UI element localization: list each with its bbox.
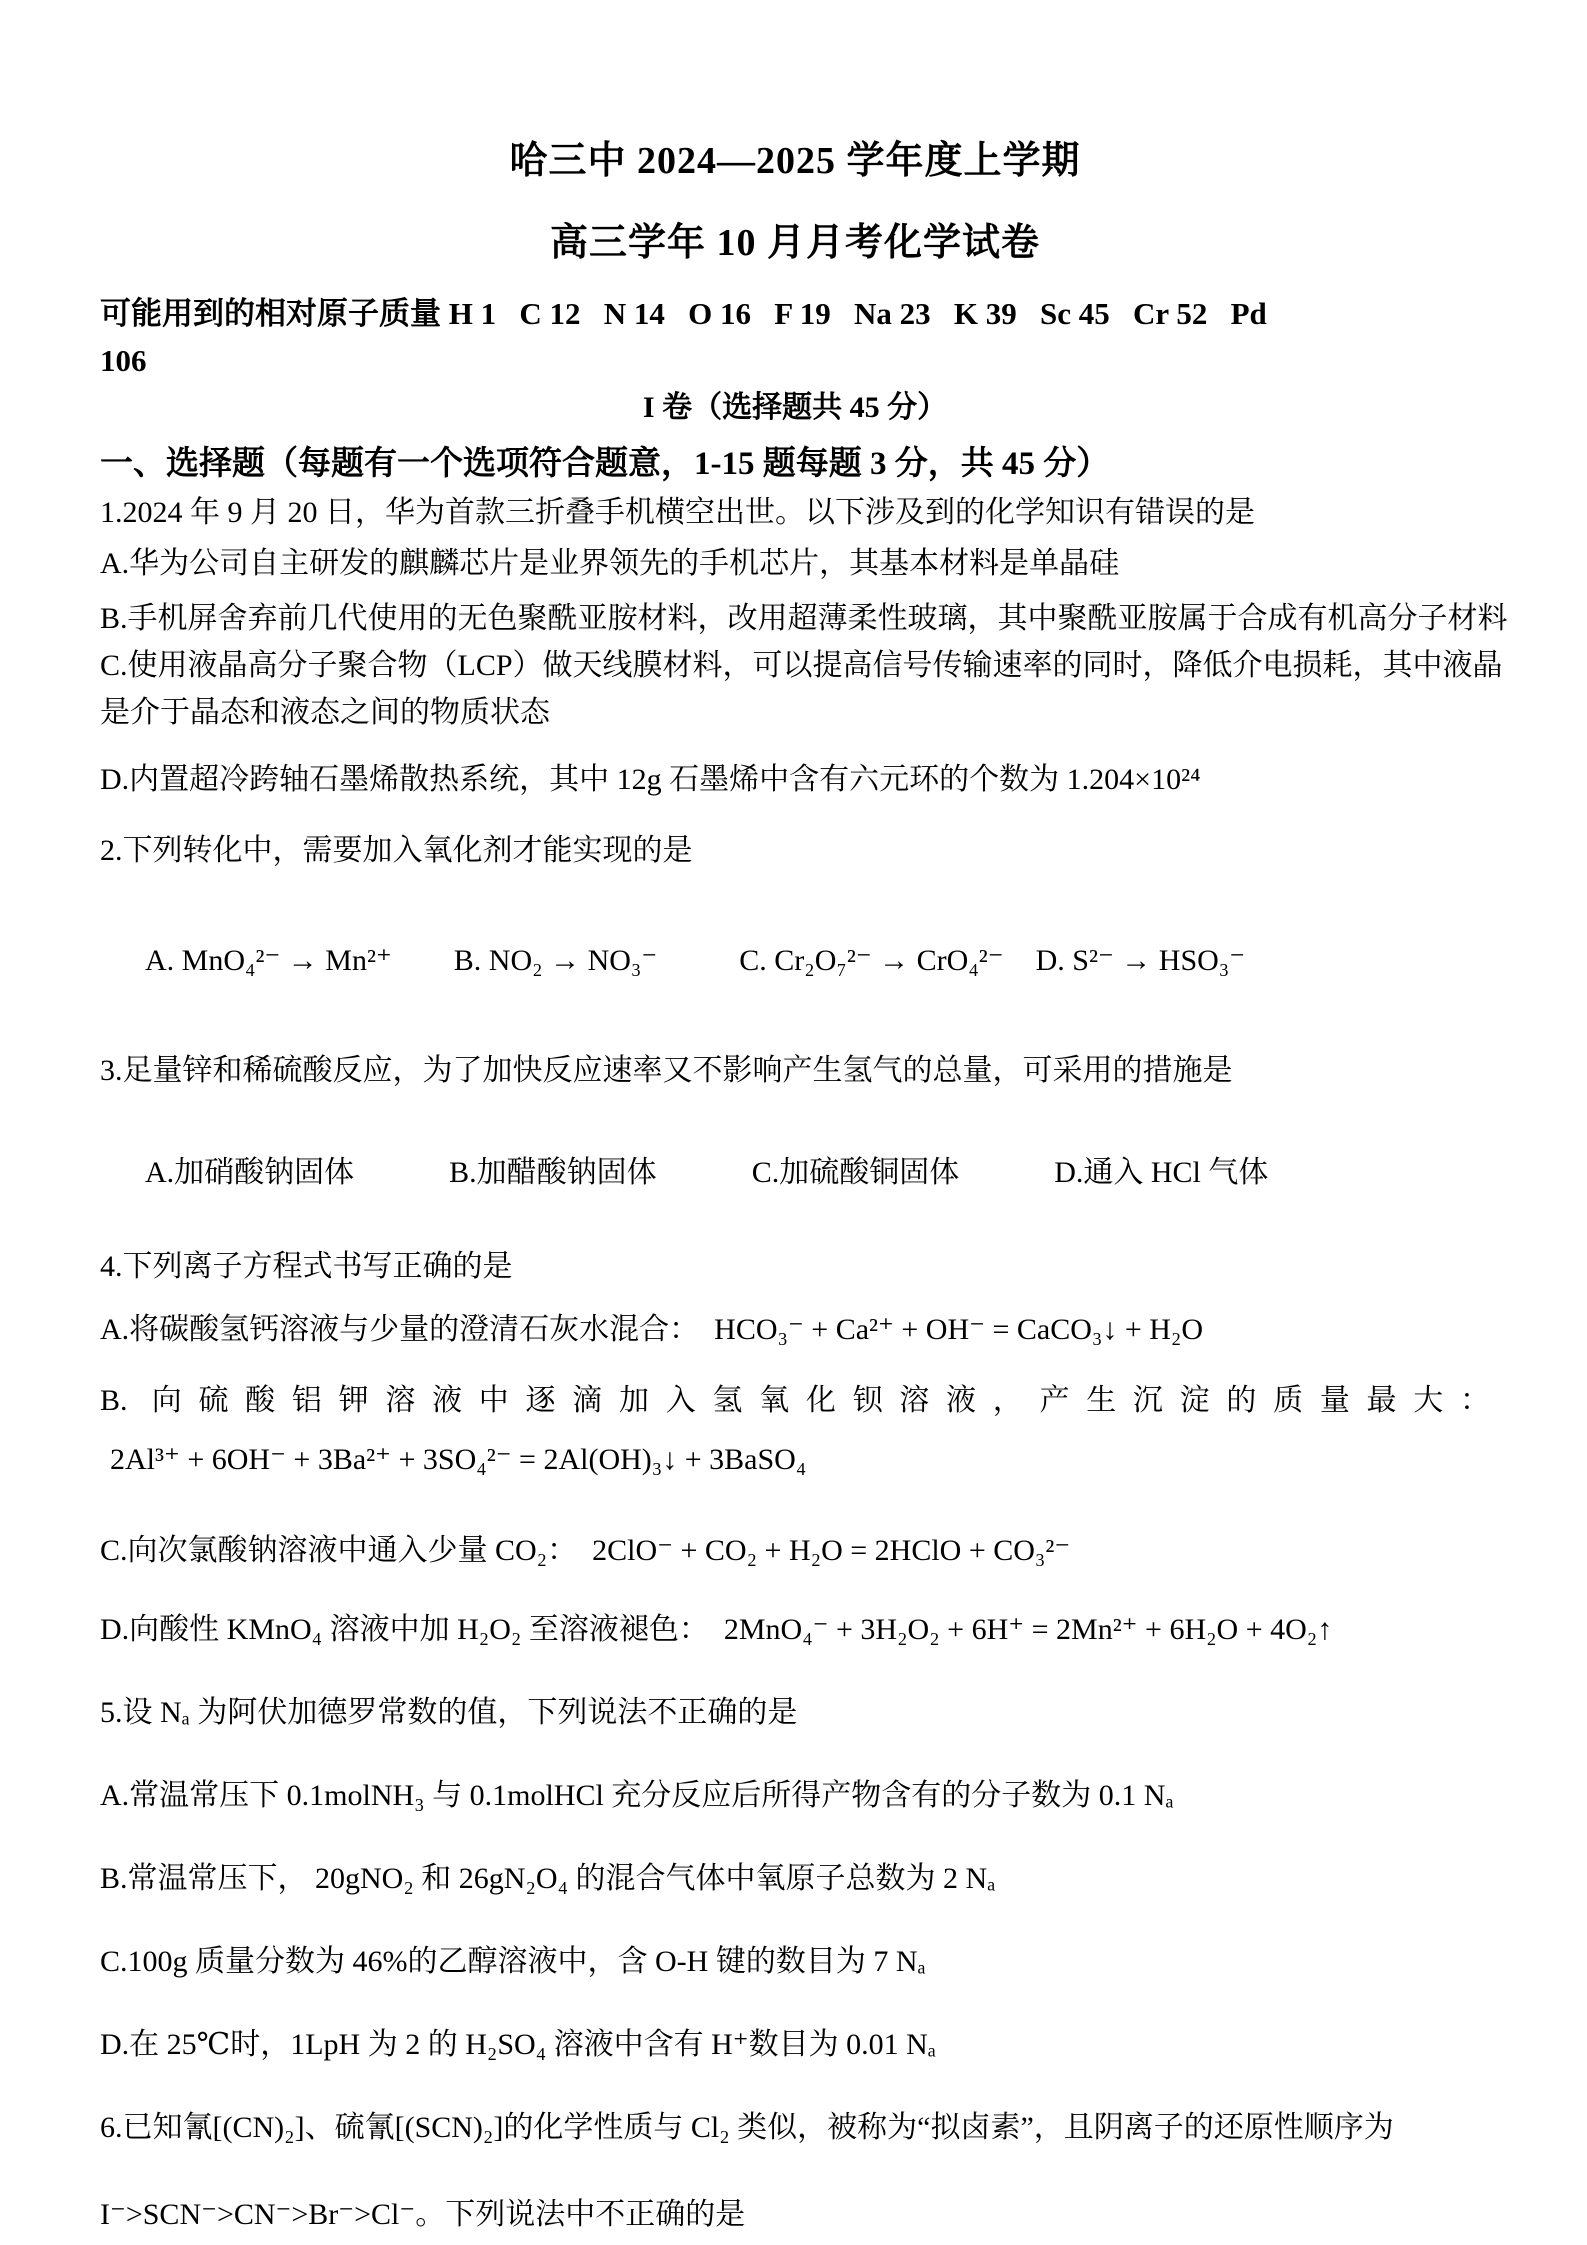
q5-option-b: B.常温常压下， 20gNO₂ 和 26gN₂O₄ 的混合气体中氧原子总数为 2… bbox=[100, 1855, 1490, 1902]
q3-option-c: C.加硫酸铜固体 bbox=[752, 1149, 960, 1196]
q6-stem-line1: 6.已知氰[(CN)₂]、硫氰[(SCN)₂]的化学性质与 Cl₂ 类似，被称为… bbox=[100, 2104, 1490, 2151]
q3-option-d: D.通入 HCl 气体 bbox=[1054, 1149, 1268, 1196]
exam-page: 哈三中 2024—2025 学年度上学期 高三学年 10 月月考化学试卷 可能用… bbox=[0, 0, 1587, 2245]
q1-option-c-line2: 是介于晶态和液态之间的物质状态 bbox=[100, 689, 1490, 736]
q1-option-b: B.手机屏舍弃前几代使用的无色聚酰亚胺材料，改用超薄柔性玻璃，其中聚酰亚胺属于合… bbox=[100, 595, 1490, 642]
section-1-header: 一、选择题（每题有一个选项符合题意，1-15 题每题 3 分，共 45 分） bbox=[100, 439, 1490, 489]
q2-option-c: C. Cr₂O₇²⁻ → CrO₄²⁻ bbox=[739, 937, 1003, 984]
q2-option-a: A. MnO₄²⁻ → Mn²⁺ bbox=[145, 937, 392, 984]
atomic-masses-line1: 可能用到的相对原子质量 H 1 C 12 N 14 O 16 F 19 Na 2… bbox=[100, 290, 1490, 337]
q1-option-d: D.内置超冷跨轴石墨烯散热系统，其中 12g 石墨烯中含有六元环的个数为 1.2… bbox=[100, 756, 1490, 803]
exam-title-line2: 高三学年 10 月月考化学试卷 bbox=[100, 216, 1490, 270]
q5-option-d: D.在 25℃时，1LpH 为 2 的 H₂SO₄ 溶液中含有 H⁺数目为 0.… bbox=[100, 2021, 1490, 2068]
atomic-masses-line2: 106 bbox=[100, 337, 1490, 384]
q4-option-b-equation: 2Al³⁺ + 6OH⁻ + 3Ba²⁺ + 3SO₄²⁻ = 2Al(OH)₃… bbox=[100, 1436, 1490, 1483]
q2-option-d: D. S²⁻ → HSO₃⁻ bbox=[1036, 937, 1246, 984]
exam-title-line1: 哈三中 2024—2025 学年度上学期 bbox=[100, 134, 1490, 188]
q5-option-c: C.100g 质量分数为 46%的乙醇溶液中，含 O-H 键的数目为 7 Nₐ bbox=[100, 1938, 1490, 1985]
part-i-header: I 卷（选择题共 45 分） bbox=[100, 384, 1490, 431]
question-4: 4.下列离子方程式书写正确的是 A.将碳酸氢钙溶液与少量的澄清石灰水混合： HC… bbox=[100, 1243, 1490, 1653]
question-3: 3.足量锌和稀硫酸反应，为了加快反应速率又不影响产生氢气的总量，可采用的措施是 … bbox=[100, 1047, 1490, 1243]
q2-stem: 2.下列转化中，需要加入氧化剂才能实现的是 bbox=[100, 827, 1490, 874]
q2-options-row: A. MnO₄²⁻ → Mn²⁺B. NO₂ → NO₃⁻C. Cr₂O₇²⁻ … bbox=[100, 890, 1490, 1031]
q3-option-b: B.加醋酸钠固体 bbox=[449, 1149, 657, 1196]
question-6: 6.已知氰[(CN)₂]、硫氰[(SCN)₂]的化学性质与 Cl₂ 类似，被称为… bbox=[100, 2104, 1490, 2238]
q1-stem: 1.2024 年 9 月 20 日，华为首款三折叠手机横空出世。以下涉及到的化学… bbox=[100, 489, 1490, 536]
q3-stem: 3.足量锌和稀硫酸反应，为了加快反应速率又不影响产生氢气的总量，可采用的措施是 bbox=[100, 1047, 1490, 1094]
question-5: 5.设 Nₐ 为阿伏加德罗常数的值，下列说法不正确的是 A.常温常压下 0.1m… bbox=[100, 1689, 1490, 2068]
q5-option-a: A.常温常压下 0.1molNH₃ 与 0.1molHCl 充分反应后所得产物含… bbox=[100, 1772, 1490, 1819]
q4-option-d: D.向酸性 KMnO₄ 溶液中加 H₂O₂ 至溶液褪色： 2MnO₄⁻ + 3H… bbox=[100, 1606, 1490, 1653]
q3-option-a: A.加硝酸钠固体 bbox=[145, 1149, 354, 1196]
atomic-masses: 可能用到的相对原子质量 H 1 C 12 N 14 O 16 F 19 Na 2… bbox=[100, 290, 1490, 384]
q1-option-a: A.华为公司自主研发的麒麟芯片是业界领先的手机芯片，其基本材料是单晶硅 bbox=[100, 540, 1490, 587]
q4-option-a: A.将碳酸氢钙溶液与少量的澄清石灰水混合： HCO₃⁻ + Ca²⁺ + OH⁻… bbox=[100, 1306, 1490, 1353]
q2-option-b: B. NO₂ → NO₃⁻ bbox=[454, 937, 657, 984]
q1-option-c-line1: C.使用液晶高分子聚合物（LCP）做天线膜材料，可以提高信号传输速率的同时，降低… bbox=[100, 642, 1490, 689]
q3-options-row: A.加硝酸钠固体B.加醋酸钠固体C.加硫酸铜固体D.通入 HCl 气体 bbox=[100, 1102, 1490, 1243]
question-1: 1.2024 年 9 月 20 日，华为首款三折叠手机横空出世。以下涉及到的化学… bbox=[100, 489, 1490, 803]
q4-option-b-text: B. 向硫酸铝钾溶液中逐滴加入氢氧化钡溶液，产生沉淀的质量最大： bbox=[100, 1377, 1490, 1424]
q5-stem: 5.设 Nₐ 为阿伏加德罗常数的值，下列说法不正确的是 bbox=[100, 1689, 1490, 1736]
question-2: 2.下列转化中，需要加入氧化剂才能实现的是 A. MnO₄²⁻ → Mn²⁺B.… bbox=[100, 827, 1490, 1031]
q4-stem: 4.下列离子方程式书写正确的是 bbox=[100, 1243, 1490, 1290]
q6-stem-line2: I⁻>SCN⁻>CN⁻>Br⁻>Cl⁻。下列说法中不正确的是 bbox=[100, 2191, 1490, 2238]
q4-option-c: C.向次氯酸钠溶液中通入少量 CO₂： 2ClO⁻ + CO₂ + H₂O = … bbox=[100, 1527, 1490, 1574]
